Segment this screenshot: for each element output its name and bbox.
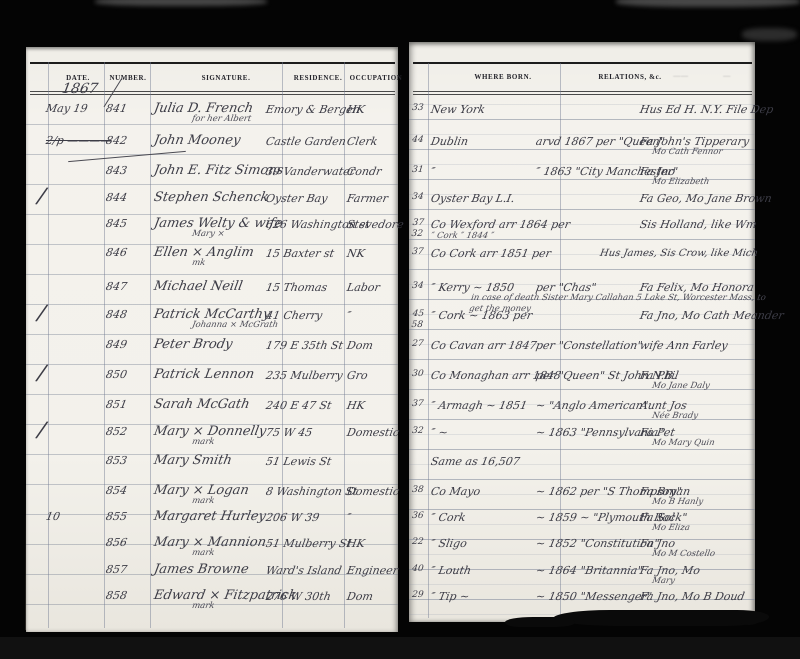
- cell-arrival: per "Chas": [535, 282, 597, 293]
- cell-age: 37 32: [411, 218, 425, 240]
- cell-signature: Julia D. French: [153, 103, 254, 114]
- cell-residence: Ward's Island: [265, 565, 343, 576]
- relations-note: Mo Jane Daly: [651, 381, 711, 392]
- cell-signature: Patrick McCarthy: [153, 309, 271, 320]
- cell-age: 44: [411, 135, 424, 146]
- ledger-right-page: WHERE BORN. RELATIONS, &c. ―― ―: [409, 42, 755, 622]
- cell-residence: 39 Vanderwater: [265, 166, 356, 177]
- cell-signature: Michael Neill: [153, 281, 243, 292]
- cell-number: 844: [105, 192, 128, 203]
- cell-where-born: Same as 16,507: [430, 456, 521, 467]
- cell-where-born: ″ Cork: [430, 512, 467, 523]
- cell-relations: Fa Jno: [639, 538, 676, 549]
- cell-number: 849: [105, 339, 128, 350]
- cell-age: 34: [411, 192, 424, 203]
- cell-relations: Fa Geo, Mo Jane Brown: [639, 193, 773, 204]
- cell-where-born: Dublin: [430, 136, 469, 147]
- cell-arrival: ~ 1864 "Britannia": [535, 565, 643, 576]
- cell-signature: James Browne: [153, 564, 250, 575]
- signature-mark-note: mark: [191, 548, 215, 559]
- cell-where-born: ″ Louth: [430, 565, 472, 576]
- cell-where-born: Co Mayo: [430, 486, 481, 497]
- cell-where-born: ″ Armagh ~ 1851: [430, 400, 528, 411]
- ghost-header-mark: ――: [673, 72, 688, 80]
- cell-age: 45 58: [411, 309, 425, 331]
- cell-signature: Sarah McGath: [153, 399, 250, 410]
- cell-where-born: ″ ~: [430, 427, 449, 438]
- cell-age: 29: [411, 590, 424, 601]
- cell-residence: 75 W 45: [265, 427, 313, 438]
- ragged-page-edge: [553, 610, 769, 626]
- cell-date: 10: [45, 511, 61, 522]
- signature-mark-note: mk: [191, 258, 206, 269]
- cell-relations: Aunt Jos: [639, 400, 688, 411]
- cell-number: 845: [105, 218, 128, 229]
- column-header-number: NUMBER.: [109, 74, 146, 82]
- cell-relations: Fa Jno, Mo: [639, 565, 701, 576]
- cell-number: 842: [105, 135, 128, 146]
- cell-relations: Fa Pet: [639, 427, 676, 438]
- cell-number: 847: [105, 281, 128, 292]
- cell-residence: 51 Mulberry St: [265, 538, 352, 549]
- year-heading: 1867: [61, 84, 99, 95]
- cell-date: 2/p ————: [45, 135, 112, 146]
- cell-where-born-line2: ″ Cork ″ 1844 ″: [430, 231, 495, 242]
- cell-occupation: Gro: [346, 370, 369, 381]
- cell-relations: Fa Bryan: [639, 486, 691, 497]
- cell-relations: Fa Jno, Mo Cath Meander: [639, 310, 785, 321]
- column-header-occupation: OCCUPATION: [350, 74, 403, 82]
- cell-age: 30: [411, 369, 424, 380]
- cell-where-born: ″ Kerry ~ 1850: [430, 282, 515, 293]
- cell-occupation: Labor: [346, 282, 381, 293]
- cell-occupation: Domestic: [346, 427, 400, 438]
- cell-residence: 8 Washington St: [265, 486, 358, 497]
- cell-age: 37: [411, 399, 424, 410]
- cell-age: 36: [411, 511, 424, 522]
- signature-mark-note: mark: [191, 496, 215, 507]
- cell-relations: Fa Felix, Mo Honora: [639, 282, 755, 293]
- cell-signature: Margaret Hurley: [153, 511, 267, 522]
- cell-relations: Fa Jno: [639, 166, 676, 177]
- cell-number: 852: [105, 426, 128, 437]
- cell-arrival: per "Constellation": [535, 340, 643, 351]
- column-header-where-born: WHERE BORN.: [474, 73, 531, 81]
- cell-occupation: Dom: [346, 591, 374, 602]
- cell-signature: Mary × Mannion: [153, 537, 267, 548]
- cell-where-born: ″ Cork ~ 1863 per: [430, 310, 533, 321]
- ragged-page-edge: [739, 616, 759, 625]
- cell-occupation: HK: [346, 400, 366, 411]
- cell-signature: Mary × Logan: [153, 485, 250, 496]
- scanned-ledger-document: DATE. NUMBER. SIGNATURE. RESIDENCE. OCCU…: [0, 0, 800, 659]
- ghost-header-mark: ―: [723, 72, 731, 80]
- cell-relations: Fa Sol: [639, 512, 676, 523]
- header-bottom-rule: [413, 91, 752, 92]
- column-divider: [428, 63, 429, 618]
- signature-mark-note: mark: [191, 437, 215, 448]
- cell-relations: Hus James, Sis Crow, like Mich: [599, 248, 759, 259]
- cell-residence: 41 Cherry: [265, 310, 323, 321]
- relations-note: Mo M Costello: [651, 549, 716, 560]
- signature-mark-note: Mary ×: [191, 229, 225, 240]
- cell-age: 34: [411, 281, 424, 292]
- cell-relations: Fa Jno, Mo B Doud: [639, 591, 746, 602]
- relations-note: Mary: [651, 576, 676, 587]
- cell-occupation: Stevedore: [346, 219, 405, 230]
- cell-signature: Stephen Schenck: [153, 192, 269, 203]
- cell-relations: Fa John's Tipperary: [639, 136, 750, 147]
- cell-residence: 15 Thomas: [265, 282, 328, 293]
- cell-relations: Hus Ed H. N.Y. File Dep: [639, 104, 774, 115]
- column-header-relations: RELATIONS, &c.: [598, 73, 661, 81]
- cell-number: 841: [105, 103, 128, 114]
- cell-relations: Sis Holland, like Wm: [639, 219, 758, 230]
- cell-residence: 206 W 39: [265, 512, 320, 523]
- cell-age: 31: [411, 165, 424, 176]
- cell-age: 22: [411, 537, 424, 548]
- column-header-residence: RESIDENCE.: [294, 74, 343, 82]
- cell-residence: 276 W 30th: [265, 591, 332, 602]
- cell-residence: 235 Mulberry: [265, 370, 344, 381]
- cell-occupation: Clerk: [346, 136, 378, 147]
- signature-mark-note: mark: [191, 601, 215, 612]
- cell-residence: Castle Garden: [265, 136, 347, 147]
- cell-where-born: Oyster Bay L.I.: [430, 193, 516, 204]
- scan-smudge: [95, 0, 267, 6]
- relations-note: Mo B Hanly: [651, 497, 704, 508]
- cell-residence: 240 E 47 St: [265, 400, 332, 411]
- cell-age: 40: [411, 564, 424, 575]
- cell-where-born: Co Cork arr 1851 per: [430, 248, 552, 259]
- cell-occupation: HK: [346, 104, 366, 115]
- cell-number: 857: [105, 564, 128, 575]
- cell-number: 856: [105, 537, 128, 548]
- cell-number: 854: [105, 485, 128, 496]
- cell-occupation: Domestic: [346, 486, 400, 497]
- signature-mark-note: for her Albert: [191, 114, 252, 125]
- ragged-page-edge: [505, 617, 575, 627]
- cell-number: 850: [105, 369, 128, 380]
- cell-where-born: Co Cavan arr 1847: [430, 340, 537, 351]
- cell-residence: Oyster Bay: [265, 193, 328, 204]
- relations-note: Mo Mary Quin: [651, 438, 715, 449]
- cell-signature: Mary Smith: [153, 455, 233, 466]
- cell-age: 33: [411, 103, 424, 114]
- cell-signature: Ellen × Anglim: [153, 247, 255, 258]
- cell-relations: Fa Phil: [639, 370, 679, 381]
- relations-note: Mo Cath Fennor: [651, 147, 723, 158]
- relations-note: Mo Elizabeth: [651, 177, 710, 188]
- cell-age: 27: [411, 339, 424, 350]
- cell-occupation: NK: [346, 248, 366, 259]
- scan-smudge: [742, 28, 797, 41]
- cell-occupation: HK: [346, 538, 366, 549]
- cell-age: 37: [411, 247, 424, 258]
- cell-number: 853: [105, 455, 128, 466]
- cell-where-born: ″ Tip ~: [430, 591, 470, 602]
- scan-smudge: [616, 0, 800, 7]
- relations-note: Mo Eliza: [651, 523, 691, 534]
- cell-occupation: Engineer: [346, 565, 399, 576]
- cell-signature: Mary × Donnelly: [153, 426, 267, 437]
- cell-signature: Patrick Lennon: [153, 369, 255, 380]
- relations-note: Née Brady: [651, 411, 699, 422]
- cell-age: 38: [411, 485, 424, 496]
- cell-number: 855: [105, 511, 128, 522]
- cell-arrival: ~ "Anglo American": [535, 400, 649, 411]
- cell-relations: wife Ann Farley: [639, 340, 729, 351]
- cell-where-born: New York: [430, 104, 486, 115]
- header-bottom-rule: [413, 94, 752, 95]
- cell-age: 32: [411, 426, 424, 437]
- column-divider: [150, 62, 151, 628]
- cell-arrival: ~ 1850 "Messenger": [535, 591, 653, 602]
- cell-where-born: ″ Sligo: [430, 538, 468, 549]
- cell-occupation: Farmer: [346, 193, 389, 204]
- scanner-shadow-band: [0, 637, 800, 659]
- header-top-rule: [30, 62, 395, 64]
- cell-residence: 15 Baxter st: [265, 248, 335, 259]
- cell-number: 843: [105, 165, 128, 176]
- cell-number: 848: [105, 309, 128, 320]
- cell-residence: 51 Lewis St: [265, 456, 332, 467]
- cell-signature: John Mooney: [153, 135, 241, 146]
- cell-residence: 179 E 35th St: [265, 340, 344, 351]
- cell-occupation: Dom: [346, 340, 374, 351]
- cell-number: 858: [105, 590, 128, 601]
- cell-signature: Peter Brody: [153, 339, 233, 350]
- column-header-signature: SIGNATURE.: [202, 74, 251, 82]
- cell-number: 846: [105, 247, 128, 258]
- cell-signature: James Welty & wife: [153, 218, 283, 229]
- cell-occupation: Condr: [346, 166, 382, 177]
- cell-where-born: Co Wexford arr 1864 per: [430, 219, 571, 230]
- cell-date: May 19: [45, 103, 88, 114]
- header-top-rule: [413, 62, 752, 64]
- cell-number: 851: [105, 399, 128, 410]
